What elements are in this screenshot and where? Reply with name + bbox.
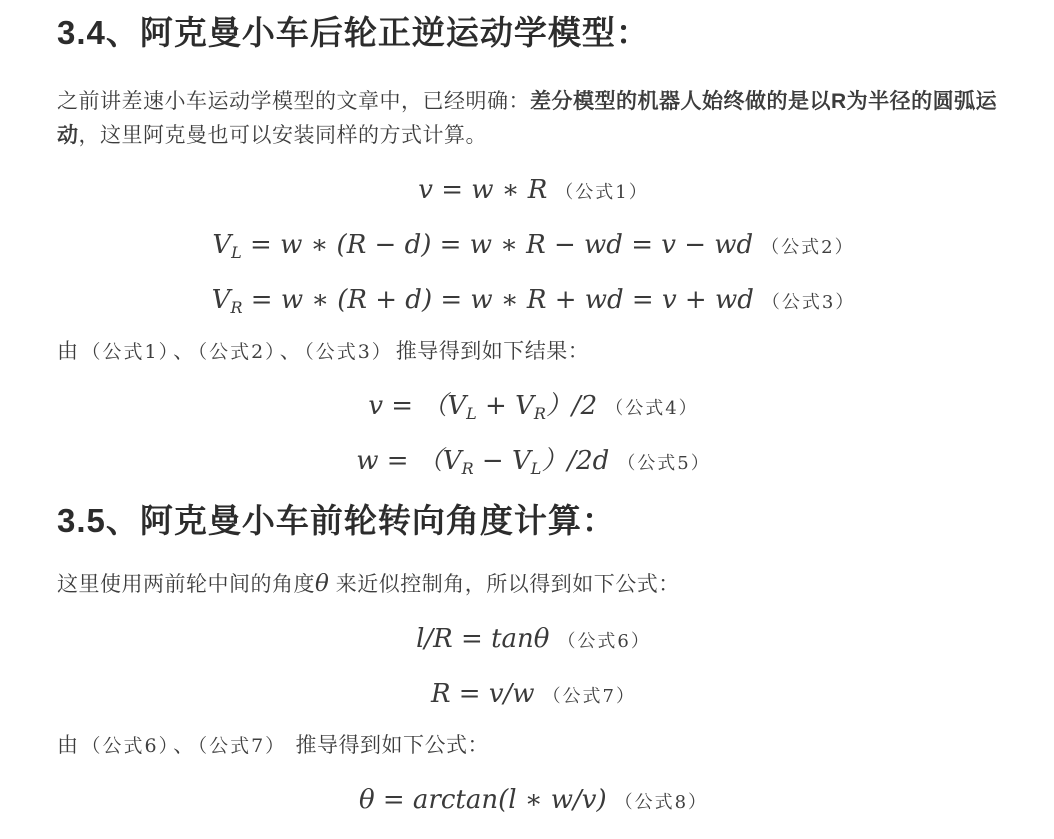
formula-3-expression: VR = w ∗ (R + d) = w ∗ R + wd = v + wd (212, 285, 754, 315)
formula-1-label: （公式1） (555, 182, 648, 203)
formula-4-expression: v = （VL + VR）/2 (368, 391, 597, 421)
formula-4-subscript-2: R (534, 404, 546, 423)
formula-5-text-3: ）/2d (541, 446, 609, 476)
derive-2-text-tail: 推导得到如下公式： (289, 734, 489, 757)
formula-2-reference: （公式2） (195, 341, 280, 363)
formula-2-subscript-1: L (231, 243, 242, 262)
formula-5-text-1: w = （V (356, 446, 461, 476)
formula-6-reference: （公式6） (79, 735, 174, 757)
formula-6-label: （公式6） (557, 631, 650, 652)
formula-1: v = w ∗ R（公式1） (57, 175, 1010, 205)
formula-7-reference: （公式7） (195, 735, 290, 757)
intro2-text-tail: 来近似控制角，所以得到如下公式： (329, 573, 679, 596)
derive-2-separator-1: 、 (173, 734, 195, 757)
formula-5-text-2: − V (474, 446, 531, 476)
formula-3-text-2: = w ∗ (R + d) = w ∗ R + wd = v + wd (243, 285, 754, 315)
derive-2-text-lead: 由 (57, 734, 79, 757)
formula-4-text-1: v = （V (368, 391, 466, 421)
section-3-5-heading: 3.5、阿克曼小车前轮转向角度计算： (57, 502, 1010, 540)
article-page: 3.4、阿克曼小车后轮正逆运动学模型： 之前讲差速小车运动学模型的文章中，已经明… (0, 14, 1054, 815)
formula-8: θ = arctan(l ∗ w/v)（公式8） (57, 785, 1010, 815)
formula-4-text-3: ）/2 (546, 391, 597, 421)
section-3-4-intro-paragraph: 之前讲差速小车运动学模型的文章中，已经明确：差分模型的机器人始终做的是以R为半径… (57, 85, 1010, 153)
formula-1-expression: v = w ∗ R (418, 175, 547, 205)
formula-7-label: （公式7） (543, 686, 636, 707)
formula-3-text-1: V (212, 285, 231, 315)
formula-3-label: （公式3） (762, 292, 855, 313)
formula-2-text-2: = w ∗ (R − d) = w ∗ R − wd = v − wd (242, 230, 753, 260)
derivation-note-1: 由（公式1）、（公式2）、（公式3）推导得到如下结果： (57, 335, 1010, 369)
intro-text-tail: ，这里阿克曼也可以安装同样的方式计算。 (79, 124, 488, 147)
formula-5-label: （公式5） (617, 453, 710, 474)
formula-1-reference: （公式1） (79, 341, 174, 363)
derive-1-text-tail: 推导得到如下结果： (396, 340, 590, 363)
formula-5-expression: w = （VR − VL）/2d (356, 446, 609, 476)
formula-7-expression: R = v/w (431, 679, 535, 709)
formula-2-expression: VL = w ∗ (R − d) = w ∗ R − wd = v − wd (212, 230, 753, 260)
derivation-note-2: 由（公式6）、（公式7） 推导得到如下公式： (57, 729, 1010, 763)
intro2-text-lead: 这里使用两前轮中间的角度 (57, 573, 315, 596)
formula-5-subscript-2: L (531, 459, 542, 478)
formula-2-label: （公式2） (761, 237, 854, 258)
section-3-5-intro-paragraph: 这里使用两前轮中间的角度θ 来近似控制角，所以得到如下公式： (57, 567, 1010, 602)
formula-4: v = （VL + VR）/2（公式4） (57, 391, 1010, 421)
theta-inline-math: θ (315, 571, 329, 597)
derive-1-text-lead: 由 (57, 340, 79, 363)
formula-6: l/R = tanθ（公式6） (57, 624, 1010, 654)
formula-3: VR = w ∗ (R + d) = w ∗ R + wd = v + wd（公… (57, 285, 1010, 315)
formula-8-expression: θ = arctan(l ∗ w/v) (359, 785, 607, 815)
formula-6-expression: l/R = tanθ (416, 624, 549, 654)
formula-3-subscript-1: R (230, 298, 242, 317)
formula-5-subscript-1: R (462, 459, 474, 478)
formula-8-label: （公式8） (615, 792, 708, 813)
formula-5: w = （VR − VL）/2d（公式5） (57, 446, 1010, 476)
derive-1-separator-1: 、 (173, 340, 195, 363)
section-3-4-heading: 3.4、阿克曼小车后轮正逆运动学模型： (57, 14, 1010, 52)
intro-text-lead: 之前讲差速小车运动学模型的文章中，已经明确： (57, 90, 530, 113)
derive-1-separator-2: 、 (280, 340, 302, 363)
formula-3-reference: （公式3） (301, 341, 396, 363)
formula-2: VL = w ∗ (R − d) = w ∗ R − wd = v − wd（公… (57, 230, 1010, 260)
formula-4-subscript-1: L (466, 404, 477, 423)
formula-4-label: （公式4） (605, 398, 698, 419)
formula-2-text-1: V (212, 230, 231, 260)
formula-4-text-2: + V (477, 391, 534, 421)
formula-7: R = v/w（公式7） (57, 679, 1010, 709)
